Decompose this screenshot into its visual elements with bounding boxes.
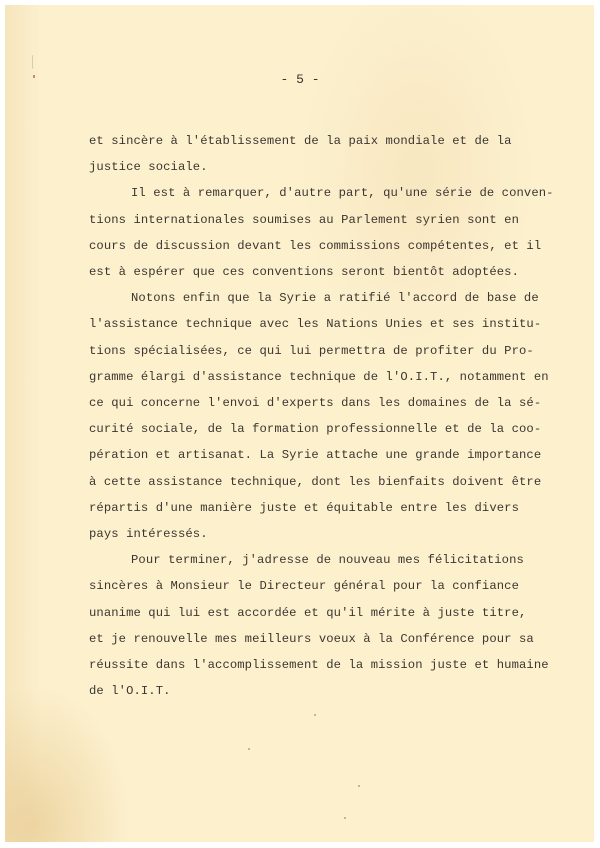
margin-mark xyxy=(32,55,35,69)
text-line: de l'O.I.T. xyxy=(89,678,549,704)
paragraph-4: Pour terminer, j'adresse de nouveau mes … xyxy=(89,547,549,704)
text-line: sincères à Monsieur le Directeur général… xyxy=(89,573,549,599)
paragraph-2: Il est à remarquer, d'autre part, qu'une… xyxy=(89,180,549,285)
paper-speck xyxy=(248,748,250,750)
text-line: Il est à remarquer, d'autre part, qu'une… xyxy=(89,180,549,206)
text-line: unanime qui lui est accordée et qu'il mé… xyxy=(89,600,549,626)
text-line: Pour terminer, j'adresse de nouveau mes … xyxy=(89,547,549,573)
text-line: et sincère à l'établissement de la paix … xyxy=(89,128,549,154)
text-line: pération et artisanat. La Syrie attache … xyxy=(89,442,549,468)
text-line: cours de discussion devant les commissio… xyxy=(89,233,549,259)
text-line: tions internationales soumises au Parlem… xyxy=(89,207,549,233)
text-line: à cette assistance technique, dont les b… xyxy=(89,469,549,495)
paper-speck xyxy=(358,785,360,787)
text-line: Notons enfin que la Syrie a ratifié l'ac… xyxy=(89,285,549,311)
text-line: justice sociale. xyxy=(89,154,549,180)
text-line: pays intéressés. xyxy=(89,521,549,547)
text-line: curité sociale, de la formation professi… xyxy=(89,416,549,442)
paragraph-3: Notons enfin que la Syrie a ratifié l'ac… xyxy=(89,285,549,547)
text-line: tions spécialisées, ce qui lui permettra… xyxy=(89,338,549,364)
paragraph-1: et sincère à l'établissement de la paix … xyxy=(89,128,549,180)
paper-speck xyxy=(344,817,346,819)
text-line: réussite dans l'accomplissement de la mi… xyxy=(89,652,549,678)
paper-speck xyxy=(314,714,316,716)
document-body: et sincère à l'établissement de la paix … xyxy=(89,128,549,704)
page-number: - 5 - xyxy=(0,72,600,87)
text-line: répartis d'une manière juste et équitabl… xyxy=(89,495,549,521)
text-line: et je renouvelle mes meilleurs voeux à l… xyxy=(89,626,549,652)
text-line: ce qui concerne l'envoi d'experts dans l… xyxy=(89,390,549,416)
text-line: gramme élargi d'assistance technique de … xyxy=(89,364,549,390)
text-line: est à espérer que ces conventions seront… xyxy=(89,259,549,285)
text-line: l'assistance technique avec les Nations … xyxy=(89,311,549,337)
